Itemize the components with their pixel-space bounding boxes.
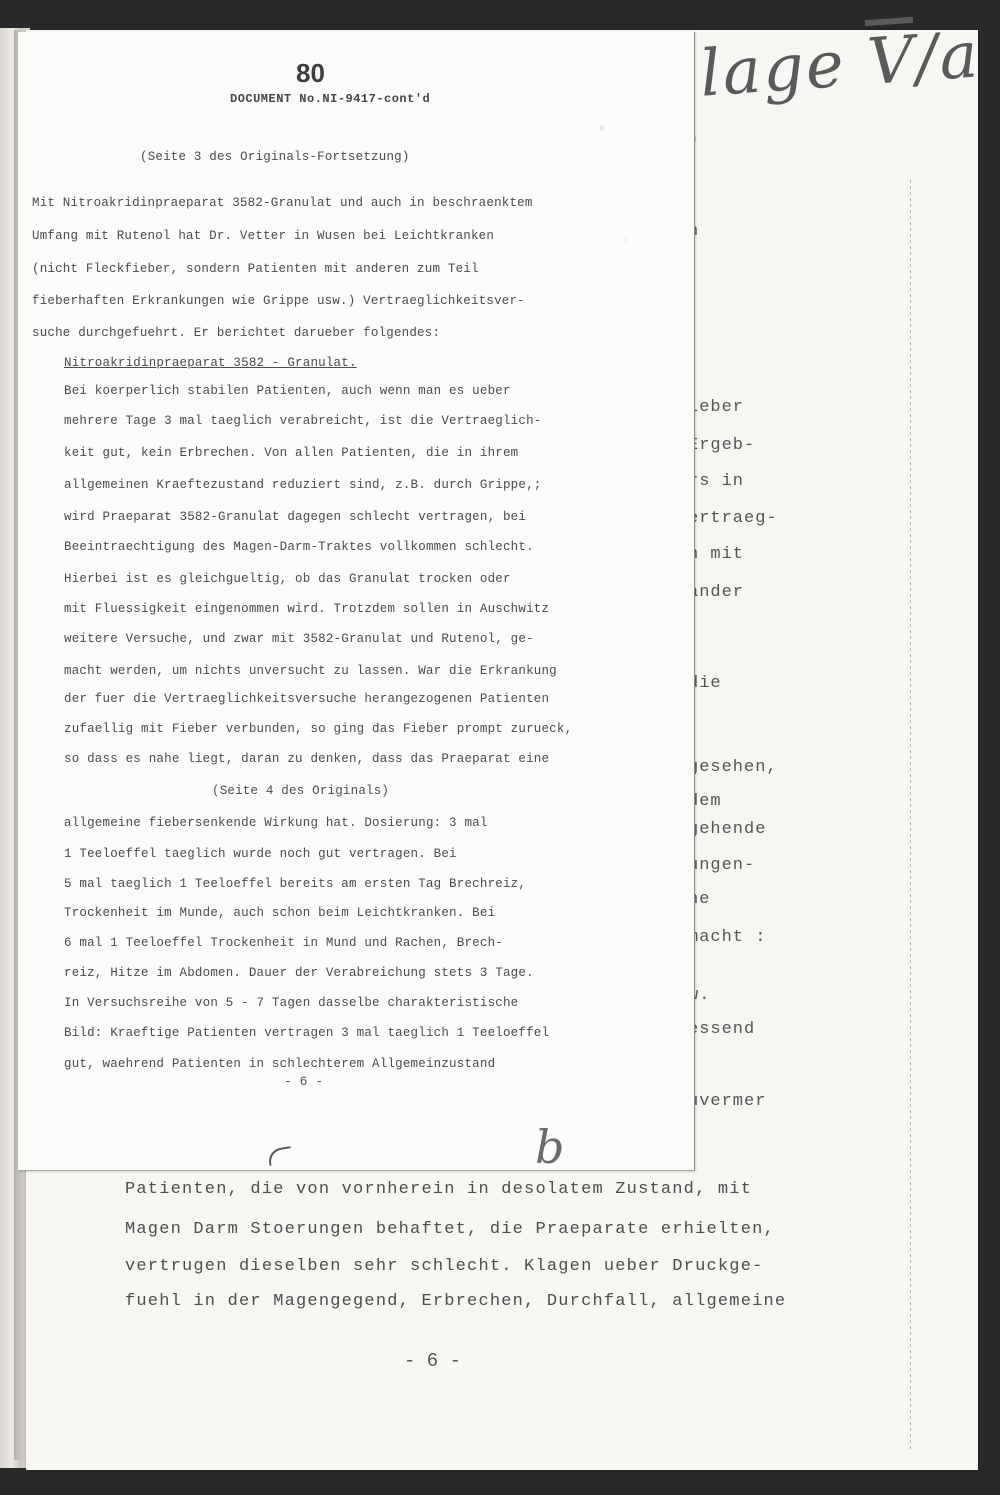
- text-line: In Versuchsreihe von 5 - 7 Tagen dasselb…: [64, 996, 518, 1010]
- text-line: weitere Versuche, und zwar mit 3582-Gran…: [64, 632, 534, 646]
- slip-page-number: - 6 -: [284, 1074, 323, 1089]
- text-line: mit Fluessigkeit eingenommen wird. Trotz…: [64, 602, 549, 616]
- text-line: Bild: Kraeftige Patienten vertragen 3 ma…: [64, 1026, 549, 1040]
- handwritten-suffix: /a: [913, 18, 982, 96]
- text-line: macht werden, um nichts unversucht zu la…: [64, 664, 557, 678]
- scan-speckle: [578, 72, 658, 632]
- text-line: Bei koerperlich stabilen Patienten, auch…: [64, 384, 511, 398]
- underlying-fragment: rs in: [688, 472, 744, 491]
- text-line: 1 Teeloeffel taeglich wurde noch gut ver…: [64, 847, 457, 861]
- text-line: Trockenheit im Munde, auch schon beim Le…: [64, 906, 495, 920]
- text-line: Patienten, die von vornherein in desolat…: [125, 1180, 752, 1199]
- text-line: reiz, Hitze im Abdomen. Dauer der Verabr…: [64, 966, 534, 980]
- underlying-fragment: uvermer: [688, 1092, 766, 1111]
- text-line: 5 mal taeglich 1 Teeloeffel bereits am e…: [64, 877, 526, 891]
- section-heading-text: Nitroakridinpraeparat 3582 - Granulat.: [64, 356, 357, 370]
- underlying-fragment: ungen-: [688, 856, 755, 875]
- underlying-fragment: ertraeg-: [688, 509, 778, 528]
- text-line: 6 mal 1 Teeloeffel Trockenheit in Mund u…: [64, 936, 503, 950]
- handwritten-initial: b: [535, 1120, 564, 1174]
- text-line: der fuer die Vertraeglichkeitsversuche h…: [64, 692, 549, 706]
- text-line: Umfang mit Rutenol hat Dr. Vetter in Wus…: [32, 229, 494, 243]
- folio-number: 80: [296, 58, 325, 89]
- text-line: zufaellig mit Fieber verbunden, so ging …: [64, 722, 572, 736]
- underlying-fragment: macht :: [688, 928, 766, 947]
- text-line: Mit Nitroakridinpraeparat 3582-Granulat …: [32, 196, 533, 210]
- underlying-fragment: ieber: [688, 398, 744, 417]
- handwritten-label: lage: [698, 28, 848, 112]
- text-line: suche durchgefuehrt. Er berichtet darueb…: [32, 326, 440, 340]
- page-marker: (Seite 4 des Originals): [212, 784, 389, 798]
- text-line: wird Praeparat 3582-Granulat dagegen sch…: [64, 510, 526, 524]
- text-line: allgemeine fiebersenkende Wirkung hat. D…: [64, 816, 488, 830]
- underlying-fragment: Ergeb-: [688, 436, 755, 455]
- text-line: allgemeinen Kraeftezustand reduziert sin…: [64, 478, 541, 492]
- text-line: Beeintraechtigung des Magen-Darm-Traktes…: [64, 540, 534, 554]
- handwritten-roman: V: [865, 23, 918, 100]
- text-line: fieberhaften Erkrankungen wie Grippe usw…: [32, 294, 525, 308]
- underlying-fragment: gesehen,: [688, 758, 778, 777]
- text-line: Magen Darm Stoerungen behaftet, die Prae…: [125, 1220, 775, 1239]
- text-line: vertrugen dieselben sehr schlecht. Klage…: [125, 1257, 764, 1276]
- section-heading: Nitroakridinpraeparat 3582 - Granulat.: [64, 356, 357, 370]
- text-line: Hierbei ist es gleichgueltig, ob das Gra…: [64, 572, 511, 586]
- text-line: (nicht Fleckfieber, sondern Patienten mi…: [32, 262, 479, 276]
- text-line: so dass es nahe liegt, daran zu denken, …: [64, 752, 549, 766]
- document-reference: DOCUMENT No.NI-9417-cont'd: [230, 92, 430, 106]
- text-line: (Seite 3 des Originals-Fortsetzung): [140, 150, 410, 164]
- text-line: gut, waehrend Patienten in schlechterem …: [64, 1057, 495, 1071]
- underlying-fragment: gehende: [688, 820, 766, 839]
- margin-rule: [910, 180, 911, 1450]
- text-line: fuehl in der Magengegend, Erbrechen, Dur…: [125, 1292, 786, 1311]
- page-number: - 6 -: [404, 1350, 461, 1372]
- underlying-fragment: essend: [688, 1020, 755, 1039]
- text-line: mehrere Tage 3 mal taeglich verabreicht,…: [64, 414, 541, 428]
- underlying-fragment: ander: [688, 583, 744, 602]
- text-line: keit gut, kein Erbrechen. Von allen Pati…: [64, 446, 518, 460]
- underlying-fragment: h mit: [688, 545, 744, 564]
